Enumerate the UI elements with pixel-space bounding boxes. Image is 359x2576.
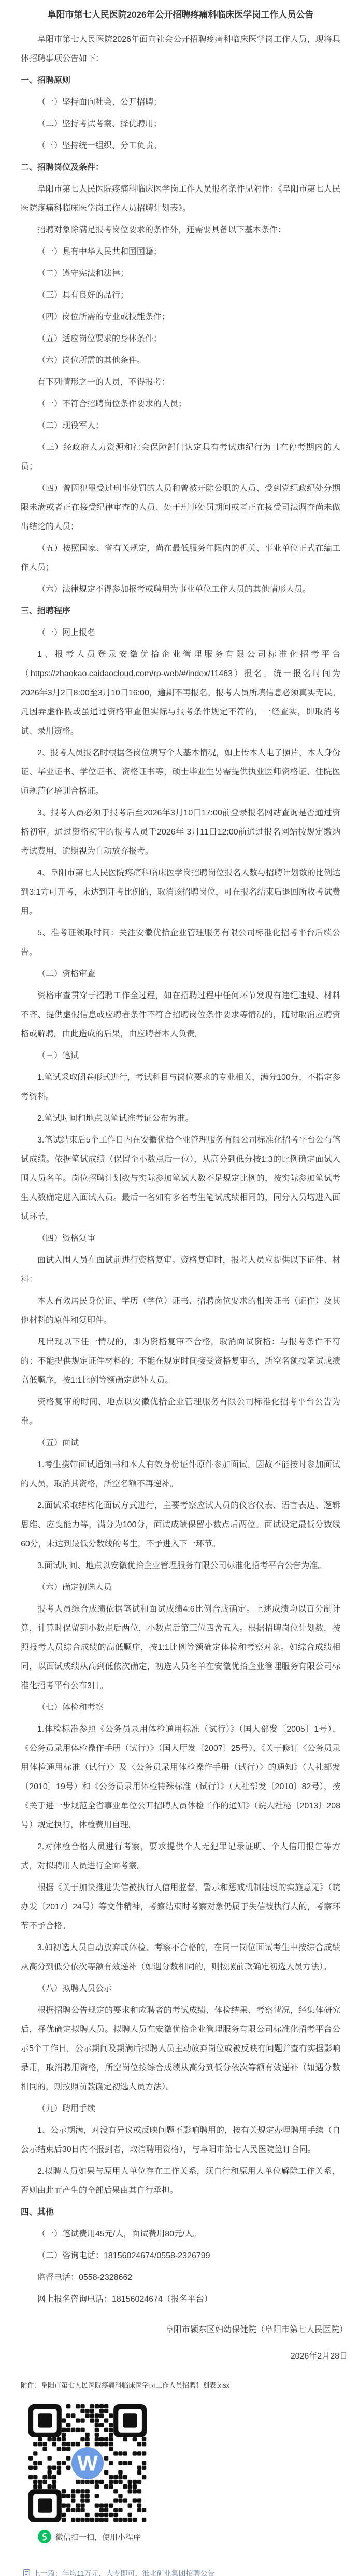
paragraph: 凡出现以下任一情况的，即为资格复审不合格，取消面试资格：与报考条件不符的；不能提… xyxy=(21,1333,340,1390)
qr-caption-row: 微信扫一扫，使用小程序 xyxy=(38,2530,340,2543)
paragraph: （三）坚持统一组织、分工负责。 xyxy=(21,136,340,155)
paragraph: （六）确定初选人员 xyxy=(21,1578,340,1597)
paragraph: 报考人员综合成绩依据笔试和面试成绩4:6比例合成确定。上述成绩均以百分制计算，计… xyxy=(21,1600,340,1695)
attachment-link[interactable]: 附件：阜阳市第七人民医院疼痛科临床医学岗工作人员招聘计划表.xlsx xyxy=(21,2380,340,2391)
paragraph: （四）曾因犯罪受过刑事处罚的人员和曾被开除公职的人员、受到党纪政纪处分期限未满或… xyxy=(21,479,340,536)
paragraph: （二）遵守宪法和法律； xyxy=(21,264,340,283)
document-body: 阜阳市第七人民医院2026年面向社会公开招聘疼痛科临床医学岗工作人员，现将具体招… xyxy=(21,30,340,2309)
paragraph: （四）岗位所需的专业或技能条件； xyxy=(21,308,340,327)
footer-link-text: 上一篇：年均11万元，大专即可，淮北矿业集团招聘公告 xyxy=(33,2568,215,2576)
section-heading: 四、其他 xyxy=(21,2203,340,2222)
paragraph: （一）网上报名 xyxy=(21,623,340,642)
page-title: 阜阳市第七人民医院2026年公开招聘疼痛科临床医学岗工作人员公告 xyxy=(21,7,340,23)
paragraph: 监督电话：0558-2328662 xyxy=(21,2268,340,2287)
paragraph: 5、准考证领取时间：关注安徽优拾企业管理服务有限公司标准化招考平台后续公告。 xyxy=(21,924,340,962)
announcement-page: 阜阳市第七人民医院2026年公开招聘疼痛科临床医学岗工作人员公告 阜阳市第七人民… xyxy=(0,0,359,2576)
paragraph: （五）按照国家、省有关规定，尚在最低服务年限内的机关、事业单位正式在编工作人员； xyxy=(21,539,340,577)
paragraph: （七）体检和考察 xyxy=(21,1698,340,1717)
paragraph: 1、公示期满，对没有异议或反映问题不影响聘用的，按有关规定办理聘用手续（自公示结… xyxy=(21,2121,340,2159)
signature-date: 2026年2月28日 xyxy=(21,2347,348,2366)
paragraph: （三）具有良好的品行； xyxy=(21,286,340,305)
paragraph: 有下列情形之一的人员，不得报考： xyxy=(21,373,340,392)
paragraph: 2.拟聘人员如果与原用人单位存在工作关系，须自行和原用人单位解除工作关系，否则由… xyxy=(21,2162,340,2200)
paragraph: （二）资格审查 xyxy=(21,964,340,984)
paragraph: 根据《关于加快推进失信被执行人信用监督、警示和惩戒机制建设的实施意见》（皖办发〔… xyxy=(21,1878,340,1936)
paragraph: 1.笔试采取闭卷形式进行，考试科目与岗位要求的专业相关，满分100分，不指定参考… xyxy=(21,1068,340,1106)
section-heading: 一、招聘原则 xyxy=(21,71,340,90)
paragraph: （三）经政府人力资源和社会保障部门认定具有考试违纪行为且在停考期内的人员； xyxy=(21,438,340,476)
paragraph: 1.体检标准参照《公务员录用体检通用标准（试行）》（国人部发〔2005〕1号）、… xyxy=(21,1720,340,1835)
paragraph: 根据招聘公告规定的要求和应聘者的考试成绩、体检结果、考察情况，经集体研究后，择优… xyxy=(21,2001,340,2097)
paragraph: （二）咨询电话：18156024674/0558-2326799 xyxy=(21,2246,340,2265)
qr-section: W 微信扫一扫，使用小程序 xyxy=(28,2404,340,2543)
paragraph: 2.面试采取结构化面试方式进行，主要考察应试人员的仪容仪表、语言表达、逻辑思维、… xyxy=(21,1496,340,1554)
footer-cutoff-row: 上一篇：年均11万元，大专即可，淮北矿业集团招聘公告 xyxy=(23,2568,340,2576)
section-heading: 二、招聘岗位及条件： xyxy=(21,158,340,177)
paragraph: 2.对体检合格人员进行考察，要求提供个人无犯罪记录证明、个人信用报告等方式，对拟… xyxy=(21,1837,340,1876)
document-icon xyxy=(23,2569,30,2576)
paragraph: （四）资格复审 xyxy=(21,1229,340,1248)
paragraph: （八）拟聘人员公示 xyxy=(21,1979,340,1998)
paragraph: 阜阳市第七人民医院疼痛科临床医学岗工作人员报名条件见附件：《阜阳市第七人民医院疼… xyxy=(21,180,340,218)
paragraph: （二）现役军人； xyxy=(21,416,340,435)
paragraph: 资格复审的时间、地点以安徽优拾企业管理服务有限公司标准化招考平台公告为准。 xyxy=(21,1393,340,1431)
paragraph: 阜阳市第七人民医院2026年面向社会公开招聘疼痛科临床医学岗工作人员，现将具体招… xyxy=(21,30,340,68)
paragraph: （三）笔试 xyxy=(21,1046,340,1065)
paragraph: （五）面试 xyxy=(21,1433,340,1453)
paragraph: （六）法律规定不得参加报考或聘用为事业单位工作人员的其他情形人员。 xyxy=(21,580,340,599)
svg-text:W: W xyxy=(77,2451,98,2476)
paragraph: 3、报考人员必须于报考后至2026年3月10日17:00前登录报名网站查询是否通… xyxy=(21,803,340,861)
paragraph: （一）具有中华人民共和国国籍； xyxy=(21,242,340,261)
paragraph: （一）笔试费用45元/人，面试费用80元/人。 xyxy=(21,2224,340,2244)
paragraph: 网上报名咨询电话：18156024674（报名平台） xyxy=(21,2290,340,2309)
section-heading: 三、招聘程序 xyxy=(21,602,340,621)
paragraph: （一）坚持面向社会、公开招聘； xyxy=(21,93,340,112)
paragraph: （五）适应岗位要求的身体条件； xyxy=(21,329,340,348)
paragraph: （六）岗位所需的其他条件。 xyxy=(21,351,340,370)
signature-org: 阜阳市颍东区妇幼保健院（阜阳市第七人民医院） xyxy=(21,2320,348,2339)
wechat-miniprogram-icon xyxy=(38,2530,51,2543)
paragraph: 面试入围人员在面试前进行资格复审。资格复审时，报考人员应提供以下证件、材料： xyxy=(21,1251,340,1289)
paragraph: 2.笔试时间和地点以笔试准考证公布为准。 xyxy=(21,1109,340,1128)
paragraph: 3.如初选人员自动放弃或体检、考察不合格的，在同一岗位面试考生中按综合成绩从高分… xyxy=(21,1938,340,1977)
paragraph: 3.笔试结束后5个工作日内在安徽优拾企业管理服务有限公司标准化招考平台公布笔试成… xyxy=(21,1131,340,1226)
paragraph: 4、阜阳市第七人民医院疼痛科临床医学岗招聘岗位报名人数与招聘计划数的比例达到3:… xyxy=(21,863,340,921)
paragraph: 资格审查贯穿于招聘工作全过程，如在招聘过程中任何环节发现有违纪违规、材料不齐、提… xyxy=(21,986,340,1044)
paragraph: 1.考生携带面试通知书和本人有效身份证件原件参加面试。因故不能按时参加面试的人员… xyxy=(21,1455,340,1494)
qr-caption-text: 微信扫一扫，使用小程序 xyxy=(55,2531,141,2542)
paragraph: （一）不符合招聘岗位条件要求的人员； xyxy=(21,394,340,414)
paragraph: 招聘对象除满足报考岗位要求的条件外，还需要具备以下基本条件： xyxy=(21,221,340,240)
paragraph: 1、报考人员登录安徽优拾企业管理服务有限公司标准化招考平台（https://zh… xyxy=(21,645,340,741)
paragraph: （二）坚持考试考察、择优聘用； xyxy=(21,114,340,134)
paragraph: 2、报考人员报名时根据各岗位填写个人基本情况，如上传本人电子照片，本人身份证、毕… xyxy=(21,743,340,801)
footer-prev-article-link[interactable]: 上一篇：年均11万元，大专即可，淮北矿业集团招聘公告 xyxy=(23,2568,340,2576)
paragraph: 本人有效居民身份证、学历（学位）证书、招聘岗位要求的相关证书（证件）及其他材料的… xyxy=(21,1292,340,1330)
qr-code: W xyxy=(28,2404,147,2522)
paragraph: 3.面试时间、地点以安徽优拾企业管理服务有限公司标准化招考平台公告为准。 xyxy=(21,1556,340,1575)
paragraph: （九）聘用手续 xyxy=(21,2099,340,2118)
